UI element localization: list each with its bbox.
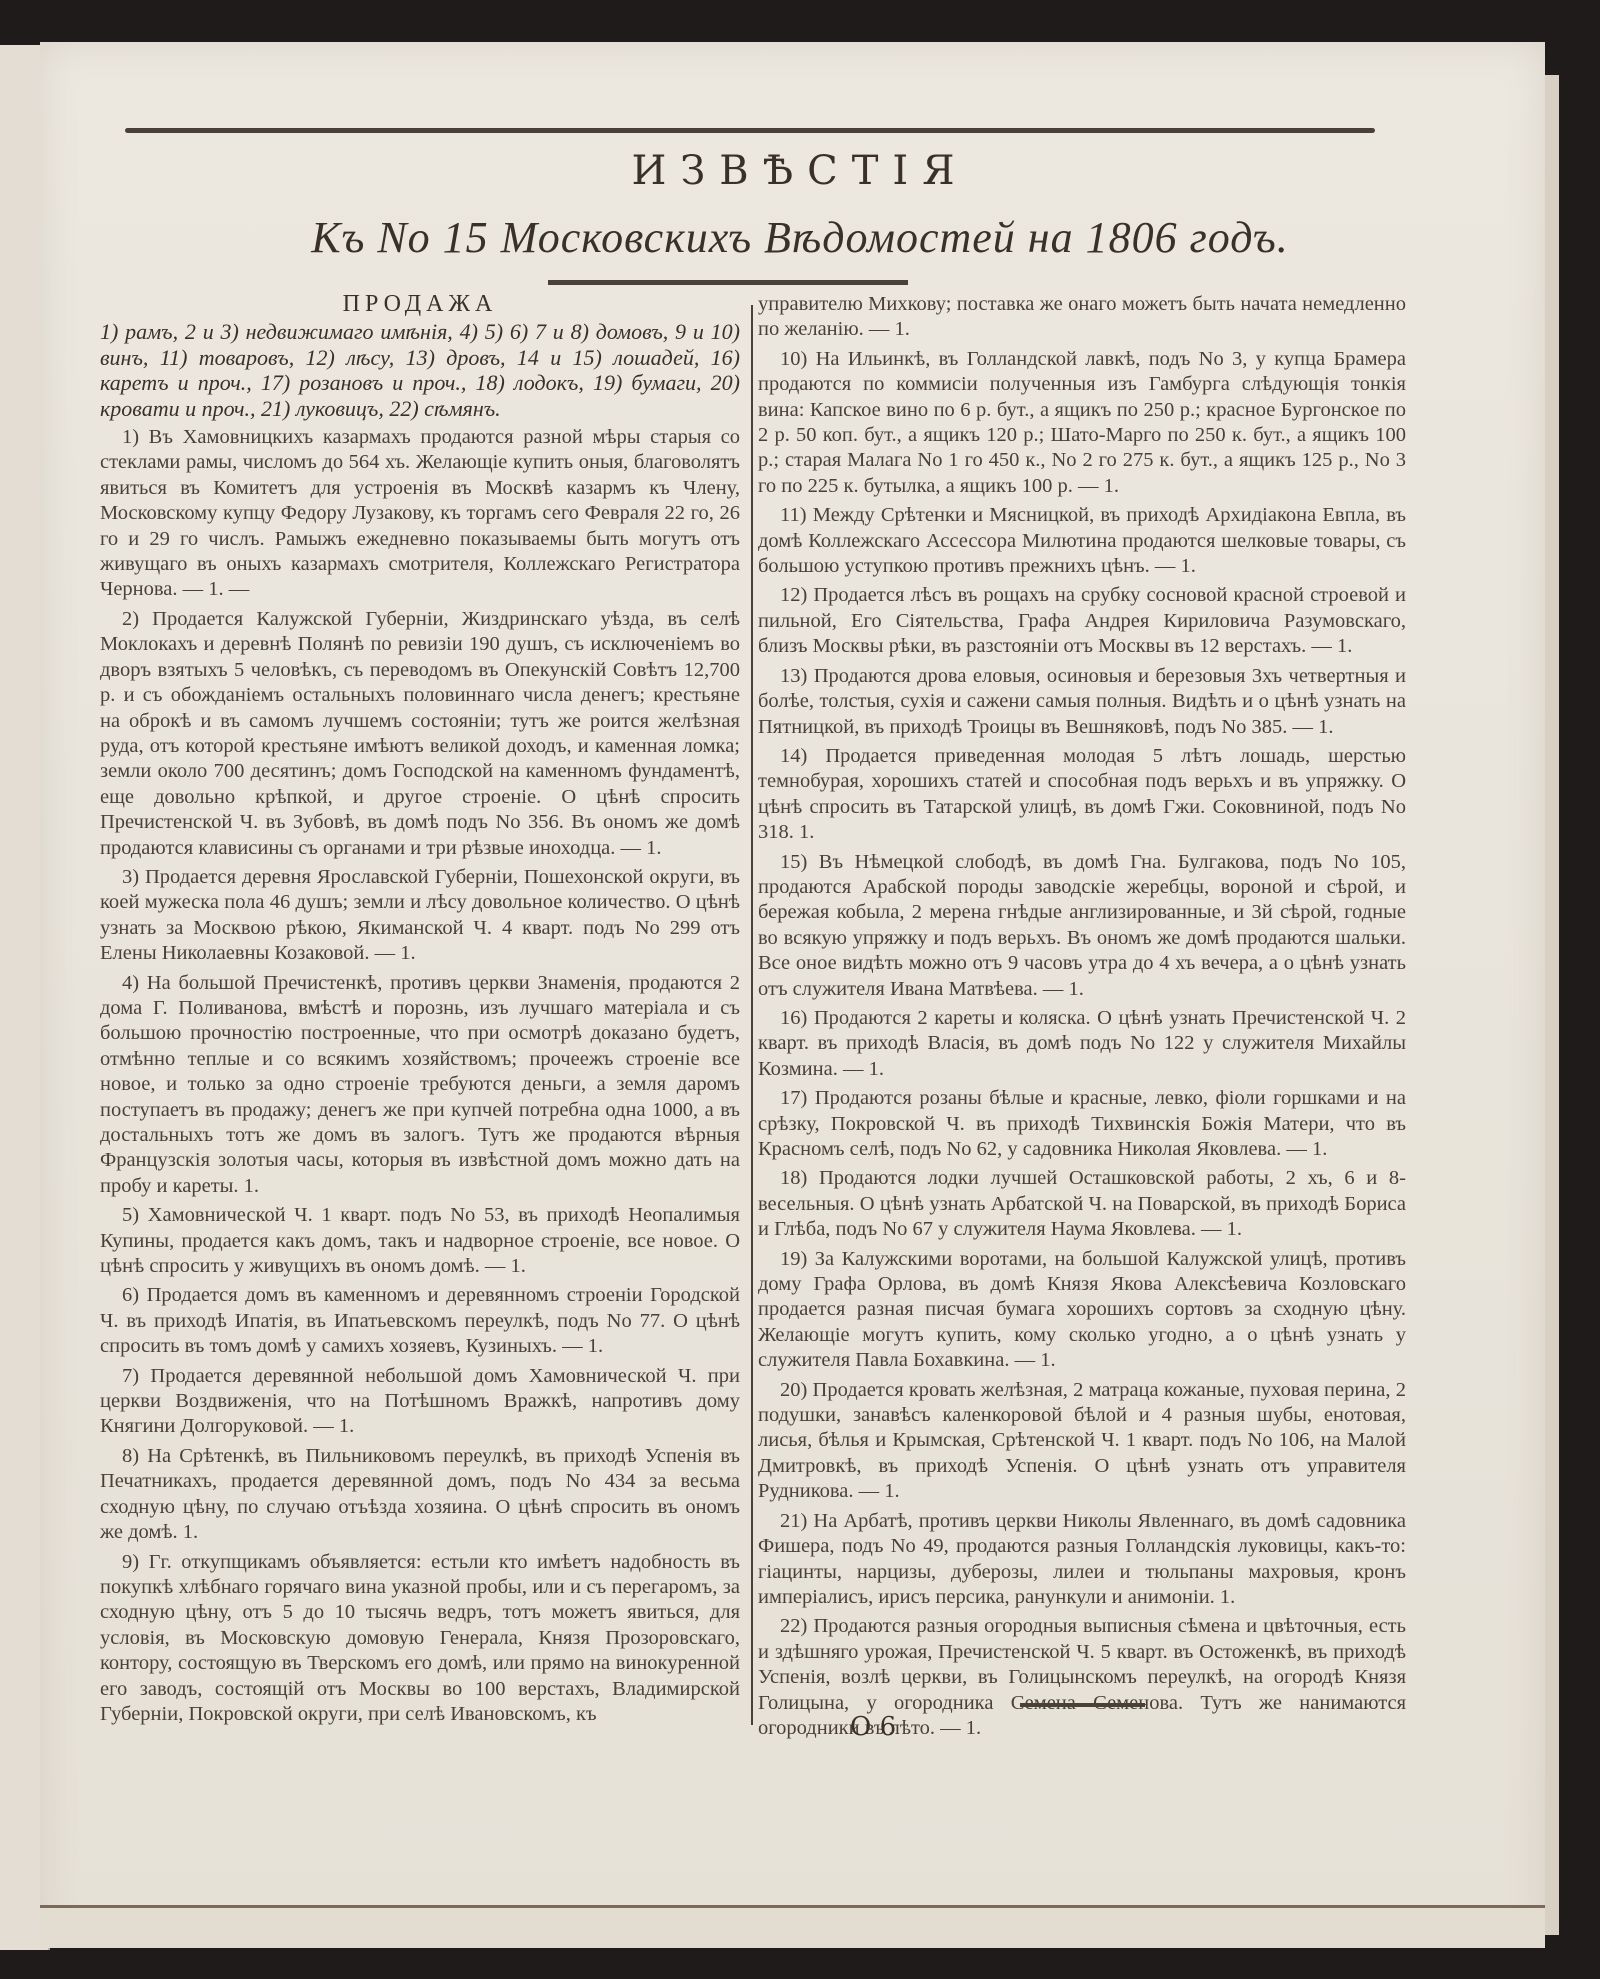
notice-item-continued: управителю Михкову; поставка же онаго мо…	[758, 292, 1406, 343]
page-subtitle: Къ No 15 Московскихъ Вѣдомостей на 1806 …	[0, 212, 1600, 263]
section-heading: ПРОДАЖА	[100, 292, 740, 317]
subtitle-rule	[548, 280, 908, 285]
notice-item: 18) Продаются лодки лучшей Осташковской …	[758, 1166, 1406, 1242]
page-bottom-fold	[40, 1905, 1545, 1948]
notice-item: 8) На Срѣтенкѣ, въ Пильниковомъ переулкѣ…	[100, 1444, 740, 1546]
notice-item: 14) Продается приведенная молодая 5 лѣтъ…	[758, 744, 1406, 846]
notice-item: 3) Продается деревня Ярославской Губерні…	[100, 865, 740, 967]
notice-item: 1) Въ Хамовницкихъ казармахъ продаются р…	[100, 425, 740, 603]
page-stack-edge	[1545, 75, 1559, 1935]
page-signature-mark: О 6	[850, 1712, 896, 1742]
header-rule	[125, 128, 1375, 133]
section-index: 1) рамъ, 2 и 3) недвижимаго имѣнія, 4) 5…	[100, 319, 740, 421]
notice-item: 2) Продается Калужской Губерніи, Жиздрин…	[100, 607, 740, 861]
notice-item: 4) На большой Пречистенкѣ, противъ церкв…	[100, 971, 740, 1200]
notice-item: 13) Продаются дрова еловыя, осиновыя и б…	[758, 664, 1406, 740]
page-title: ИЗВѢСТІЯ	[0, 148, 1600, 194]
footer-rule	[1020, 1703, 1145, 1707]
notice-item: 15) Въ Нѣмецкой слободѣ, въ домѣ Гна. Бу…	[758, 850, 1406, 1002]
left-column: ПРОДАЖА 1) рамъ, 2 и 3) недвижимаго имѣн…	[100, 292, 740, 1727]
notice-item: 10) На Ильинкѣ, въ Голландской лавкѣ, по…	[758, 347, 1406, 499]
notice-item: 5) Хамовнической Ч. 1 кварт. подъ No 53,…	[100, 1203, 740, 1279]
notice-item: 17) Продаются розаны бѣлые и красные, ле…	[758, 1086, 1406, 1162]
notice-item: 6) Продается домъ въ каменномъ и деревян…	[100, 1283, 740, 1359]
notice-item: 11) Между Срѣтенки и Мясницкой, въ прихо…	[758, 503, 1406, 579]
right-column: управителю Михкову; поставка же онаго мо…	[758, 292, 1406, 1741]
notice-item: 9) Гг. откупщикамъ объявляется: естьли к…	[100, 1550, 740, 1728]
notice-item: 20) Продается кровать желѣзная, 2 матрац…	[758, 1378, 1406, 1505]
notice-item: 19) За Калужскими воротами, на большой К…	[758, 1247, 1406, 1374]
notice-item: 12) Продается лѣсъ въ рощахъ на срубку с…	[758, 583, 1406, 659]
column-divider	[751, 305, 753, 1725]
notice-item: 16) Продаются 2 кареты и коляска. О цѣнѣ…	[758, 1006, 1406, 1082]
notice-item: 7) Продается деревянной небольшой домъ Х…	[100, 1364, 740, 1440]
notice-item: 21) На Арбатѣ, противъ церкви Николы Явл…	[758, 1509, 1406, 1611]
